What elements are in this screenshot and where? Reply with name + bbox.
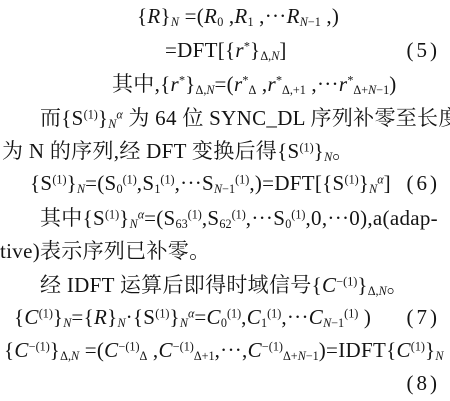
equation-block: {R}N =(R0 ,R1 ,···RN−1 ,)=DFT[{r*}Δ,N](5…	[0, 0, 450, 401]
equation-content: tive)表示序列已补零。	[0, 235, 210, 265]
paper-page: {R}N =(R0 ,R1 ,···RN−1 ,)=DFT[{r*}Δ,N](5…	[0, 0, 450, 401]
equation-content: 而{S(1)}Nα 为 64 位 SYNC_DL 序列补零至长度	[40, 102, 450, 132]
equation-line: 而{S(1)}Nα 为 64 位 SYNC_DL 序列补零至长度	[0, 100, 450, 133]
equation-content: {C−(1)}Δ,N =(C−(1)Δ ,C−(1)Δ+1,···,C−(1)Δ…	[4, 338, 443, 363]
equation-line: (8)	[0, 367, 450, 400]
equation-line: tive)表示序列已补零。	[0, 234, 450, 267]
equation-line: {C−(1)}Δ,N =(C−(1)Δ ,C−(1)Δ+1,···,C−(1)Δ…	[0, 334, 450, 367]
equation-line: {S(1)}N=(S0(1),S1(1),···SN−1(1),)=DFT[{S…	[0, 167, 450, 200]
equation-line: {C(1)}N={R}N·{S(1)}Nα=C0(1),C1(1),···CN−…	[0, 301, 450, 334]
equation-line: 经 IDFT 运算后即得时域信号{C−(1)}Δ,N。	[0, 267, 450, 300]
equation-line: 其中,{r*}Δ,N=(r*Δ ,r*Δ,+1 ,···r*Δ+N−1)	[0, 67, 450, 100]
equation-content: {C(1)}N={R}N·{S(1)}Nα=C0(1),C1(1),···CN−…	[14, 305, 371, 330]
equation-content: 为 N 的序列,经 DFT 变换后得{S(1)}N。	[2, 135, 354, 165]
equation-line: =DFT[{r*}Δ,N](5)	[0, 33, 450, 66]
equation-number: (6)	[407, 171, 450, 196]
equation-number: (7)	[407, 305, 450, 330]
equation-line: 为 N 的序列,经 DFT 变换后得{S(1)}N。	[0, 134, 450, 167]
equation-content: {R}N =(R0 ,R1 ,···RN−1 ,)	[137, 4, 339, 29]
equation-line: 其中{S(1)}Nα=(S63(1),S62(1),···S0(1),0,···…	[0, 200, 450, 233]
equation-content: 其中,{r*}Δ,N=(r*Δ ,r*Δ,+1 ,···r*Δ+N−1)	[112, 68, 397, 98]
equation-number: (5)	[407, 38, 450, 63]
equation-content: 其中{S(1)}Nα=(S63(1),S62(1),···S0(1),0,···…	[40, 202, 438, 232]
equation-content: 经 IDFT 运算后即得时域信号{C−(1)}Δ,N。	[40, 269, 408, 299]
equation-content: {S(1)}N=(S0(1),S1(1),···SN−1(1),)=DFT[{S…	[30, 171, 391, 196]
equation-content: =DFT[{r*}Δ,N]	[165, 38, 287, 63]
equation-number: (8)	[407, 371, 450, 396]
equation-line: {R}N =(R0 ,R1 ,···RN−1 ,)	[0, 0, 450, 33]
